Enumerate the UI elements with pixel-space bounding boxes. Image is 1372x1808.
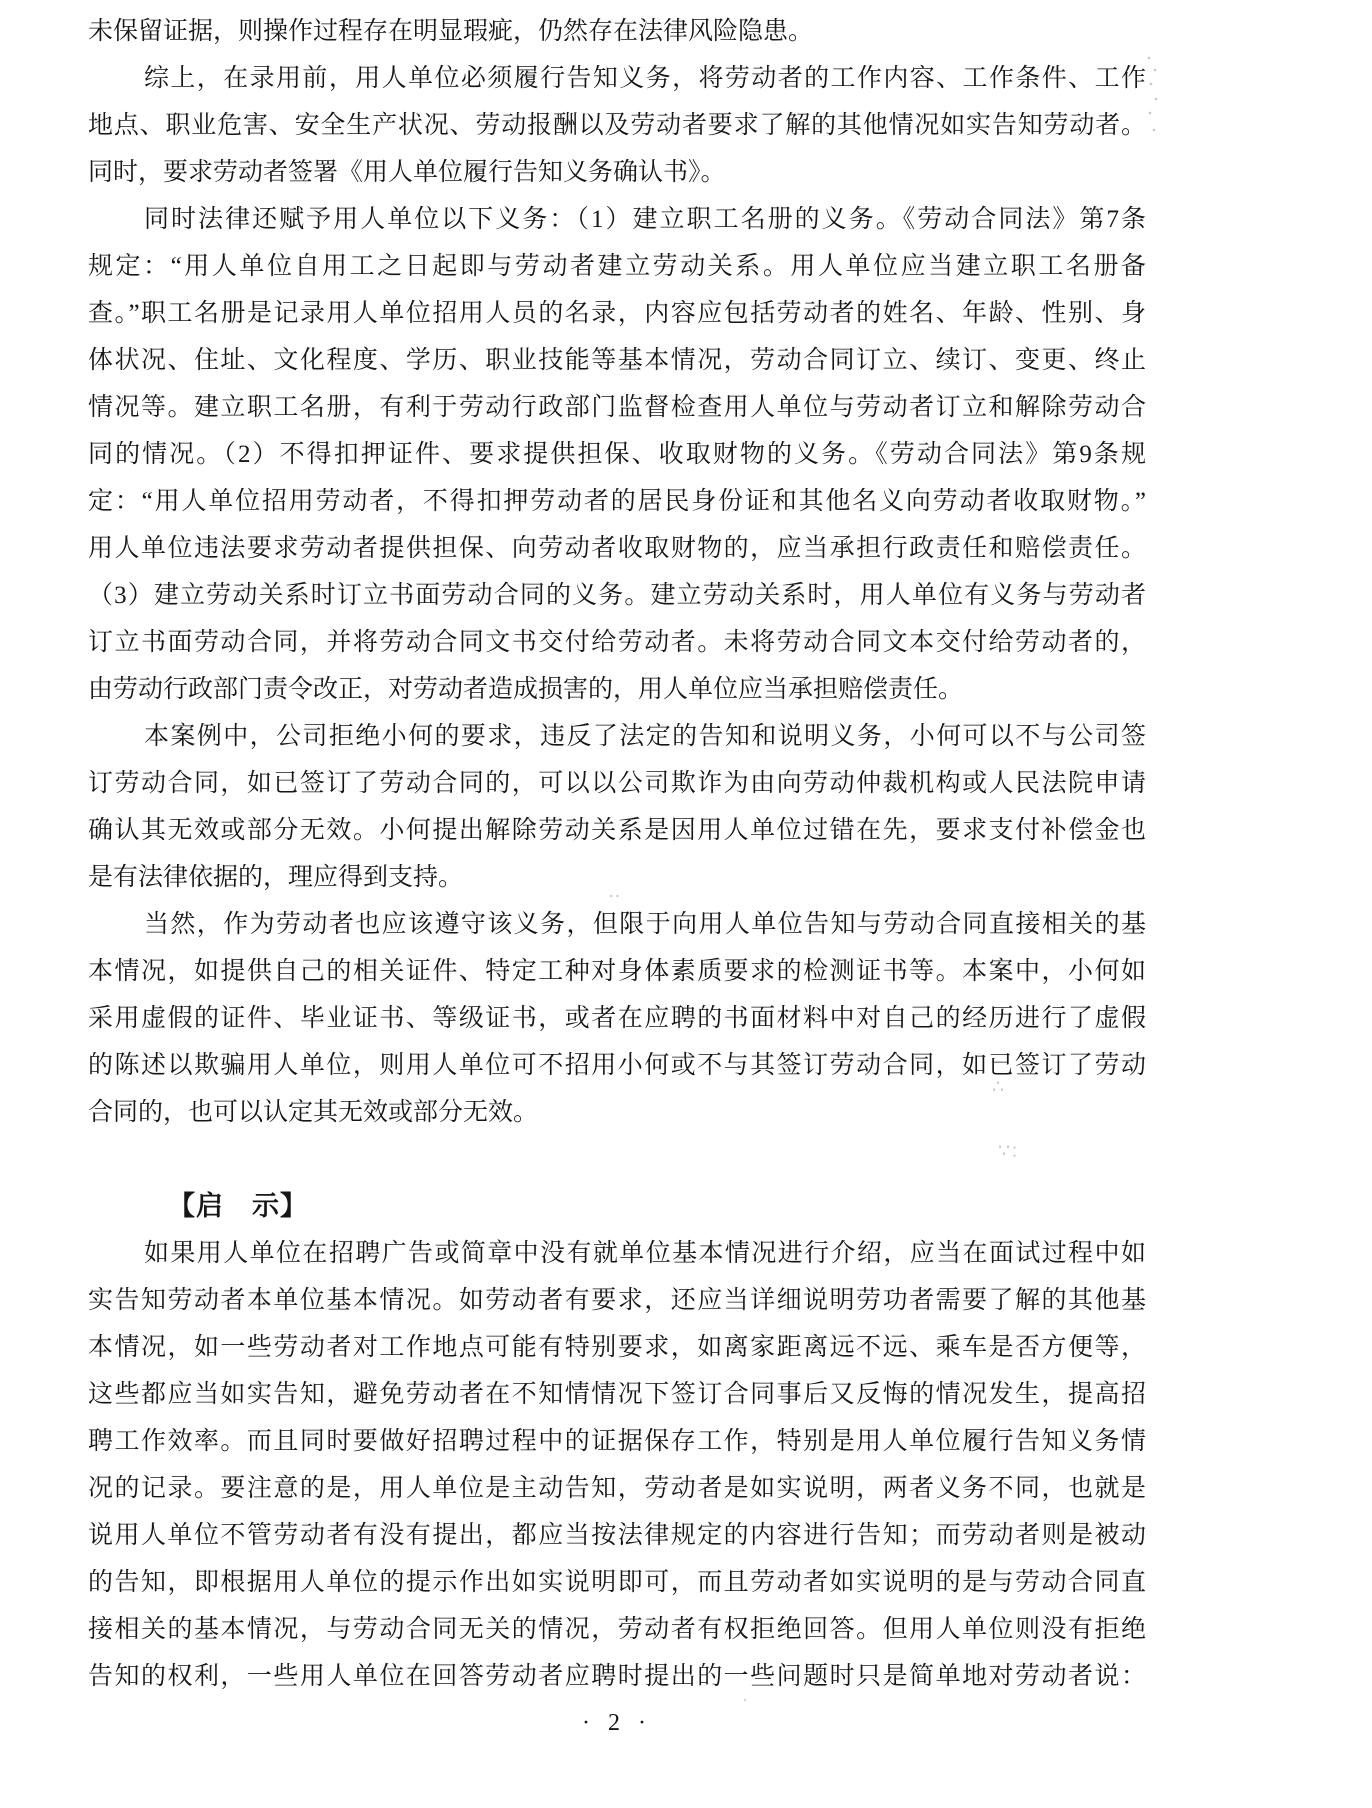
text-line: 订立书面劳动合同，并将劳动合同文书交付给劳动者。未将劳动合同文本交付给劳动者的，: [88, 619, 1146, 666]
text-line: 查。”职工名册是记录用人单位招用人员的名录，内容应包括劳动者的姓名、年龄、性别、…: [88, 290, 1146, 337]
text-line: 的陈述以欺骗用人单位，则用人单位可不招用小何或不与其签订劳动合同，如已签订了劳动: [88, 1042, 1146, 1089]
text-line: （3）建立劳动关系时订立书面劳动合同的义务。建立劳动关系时，用人单位有义务与劳动…: [88, 572, 1146, 619]
text-line: 接相关的基本情况，与劳动合同无关的情况，劳动者有权拒绝回答。但用人单位则没有拒绝: [88, 1606, 1146, 1653]
text-line: 同时法律还赋予用人单位以下义务：（1）建立职工名册的义务。《劳动合同法》第7条: [88, 196, 1146, 243]
scan-speckle-strip: [1146, 52, 1160, 147]
paragraph-gap: [88, 1136, 1146, 1183]
page-number: · 2 ·: [88, 1700, 1146, 1747]
text-line: 的告知，即根据用人单位的提示作出如实说明即可，而且劳动者如实说明的是与劳动合同直: [88, 1559, 1146, 1606]
text-line: 确认其无效或部分无效。小何提出解除劳动关系是因用人单位过错在先，要求支付补偿金也: [88, 807, 1146, 854]
text-line: 合同的，也可以认定其无效或部分无效。: [88, 1089, 1146, 1136]
text-line: 如果用人单位在招聘广告或简章中没有就单位基本情况进行介绍，应当在面试过程中如: [88, 1230, 1146, 1277]
text-line: 采用虚假的证件、毕业证书、等级证书，或者在应聘的书面材料中对自己的经历进行了虚假: [88, 995, 1146, 1042]
text-line: 未保留证据，则操作过程存在明显瑕疵，仍然存在法律风险隐患。: [88, 8, 1146, 55]
text-line: 况的记录。要注意的是，用人单位是主动告知，劳动者是如实说明，两者义务不同，也就是: [88, 1465, 1146, 1512]
text-line: 同的情况。（2）不得扣押证件、要求提供担保、收取财物的义务。《劳动合同法》第9条…: [88, 431, 1146, 478]
text-line: 本情况，如提供自己的相关证件、特定工种对身体素质要求的检测证书等。本案中，小何如: [88, 948, 1146, 995]
text-line: 这些都应当如实告知，避免劳动者在不知情情况下签订合同事后又反悔的情况发生，提高招: [88, 1371, 1146, 1418]
text-line: 是有法律依据的，理应得到支持。: [88, 854, 1146, 901]
text-line: 本情况，如一些劳动者对工作地点可能有特别要求，如离家距离远不远、乘车是否方便等，: [88, 1324, 1146, 1371]
scanned-document-page: 未保留证据，则操作过程存在明显瑕疵，仍然存在法律风险隐患。 综上，在录用前，用人…: [88, 8, 1146, 1747]
text-line: 当然，作为劳动者也应该遵守该义务，但限于向用人单位告知与劳动合同直接相关的基: [88, 901, 1146, 948]
text-line: 实告知劳动者本单位基本情况。如劳动者有要求，还应当详细说明劳功者需要了解的其他基: [88, 1277, 1146, 1324]
text-line: 同时，要求劳动者签署《用人单位履行告知义务确认书》。: [88, 149, 1146, 196]
text-line: 由劳动行政部门责令改正，对劳动者造成损害的，用人单位应当承担赔偿责任。: [88, 666, 1146, 713]
text-line: 告知的权利，一些用人单位在回答劳动者应聘时提出的一些问题时只是简单地对劳动者说：: [88, 1653, 1146, 1700]
text-line: 订劳动合同，如已签订了劳动合同的，可以以公司欺诈为由向劳动仲裁机构或人民法院申请: [88, 760, 1146, 807]
section-heading-insights: 【启 示】: [88, 1183, 1146, 1230]
text-line: 定：“用人单位招用劳动者，不得扣押劳动者的居民身份证和其他名义向劳动者收取财物。…: [88, 478, 1146, 525]
text-line: 用人单位违法要求劳动者提供担保、向劳动者收取财物的，应当承担行政责任和赔偿责任。: [88, 525, 1146, 572]
text-line: 体状况、住址、文化程度、学历、职业技能等基本情况，劳动合同订立、续订、变更、终止: [88, 337, 1146, 384]
text-line: 聘工作效率。而且同时要做好招聘过程中的证据保存工作，特别是用人单位履行告知义务情: [88, 1418, 1146, 1465]
text-line: 本案例中，公司拒绝小何的要求，违反了法定的告知和说明义务，小何可以不与公司签: [88, 713, 1146, 760]
text-line: 地点、职业危害、安全生产状况、劳动报酬以及劳动者要求了解的其他情况如实告知劳动者…: [88, 102, 1146, 149]
text-line: 说用人单位不管劳动者有没有提出，都应当按法律规定的内容进行告知；而劳动者则是被动: [88, 1512, 1146, 1559]
text-line: 情况等。建立职工名册，有利于劳动行政部门监督检查用人单位与劳动者订立和解除劳动合: [88, 384, 1146, 431]
text-line: 综上，在录用前，用人单位必须履行告知义务，将劳动者的工作内容、工作条件、工作: [88, 55, 1146, 102]
text-line: 规定：“用人单位自用工之日起即与劳动者建立劳动关系。用人单位应当建立职工名册备: [88, 243, 1146, 290]
